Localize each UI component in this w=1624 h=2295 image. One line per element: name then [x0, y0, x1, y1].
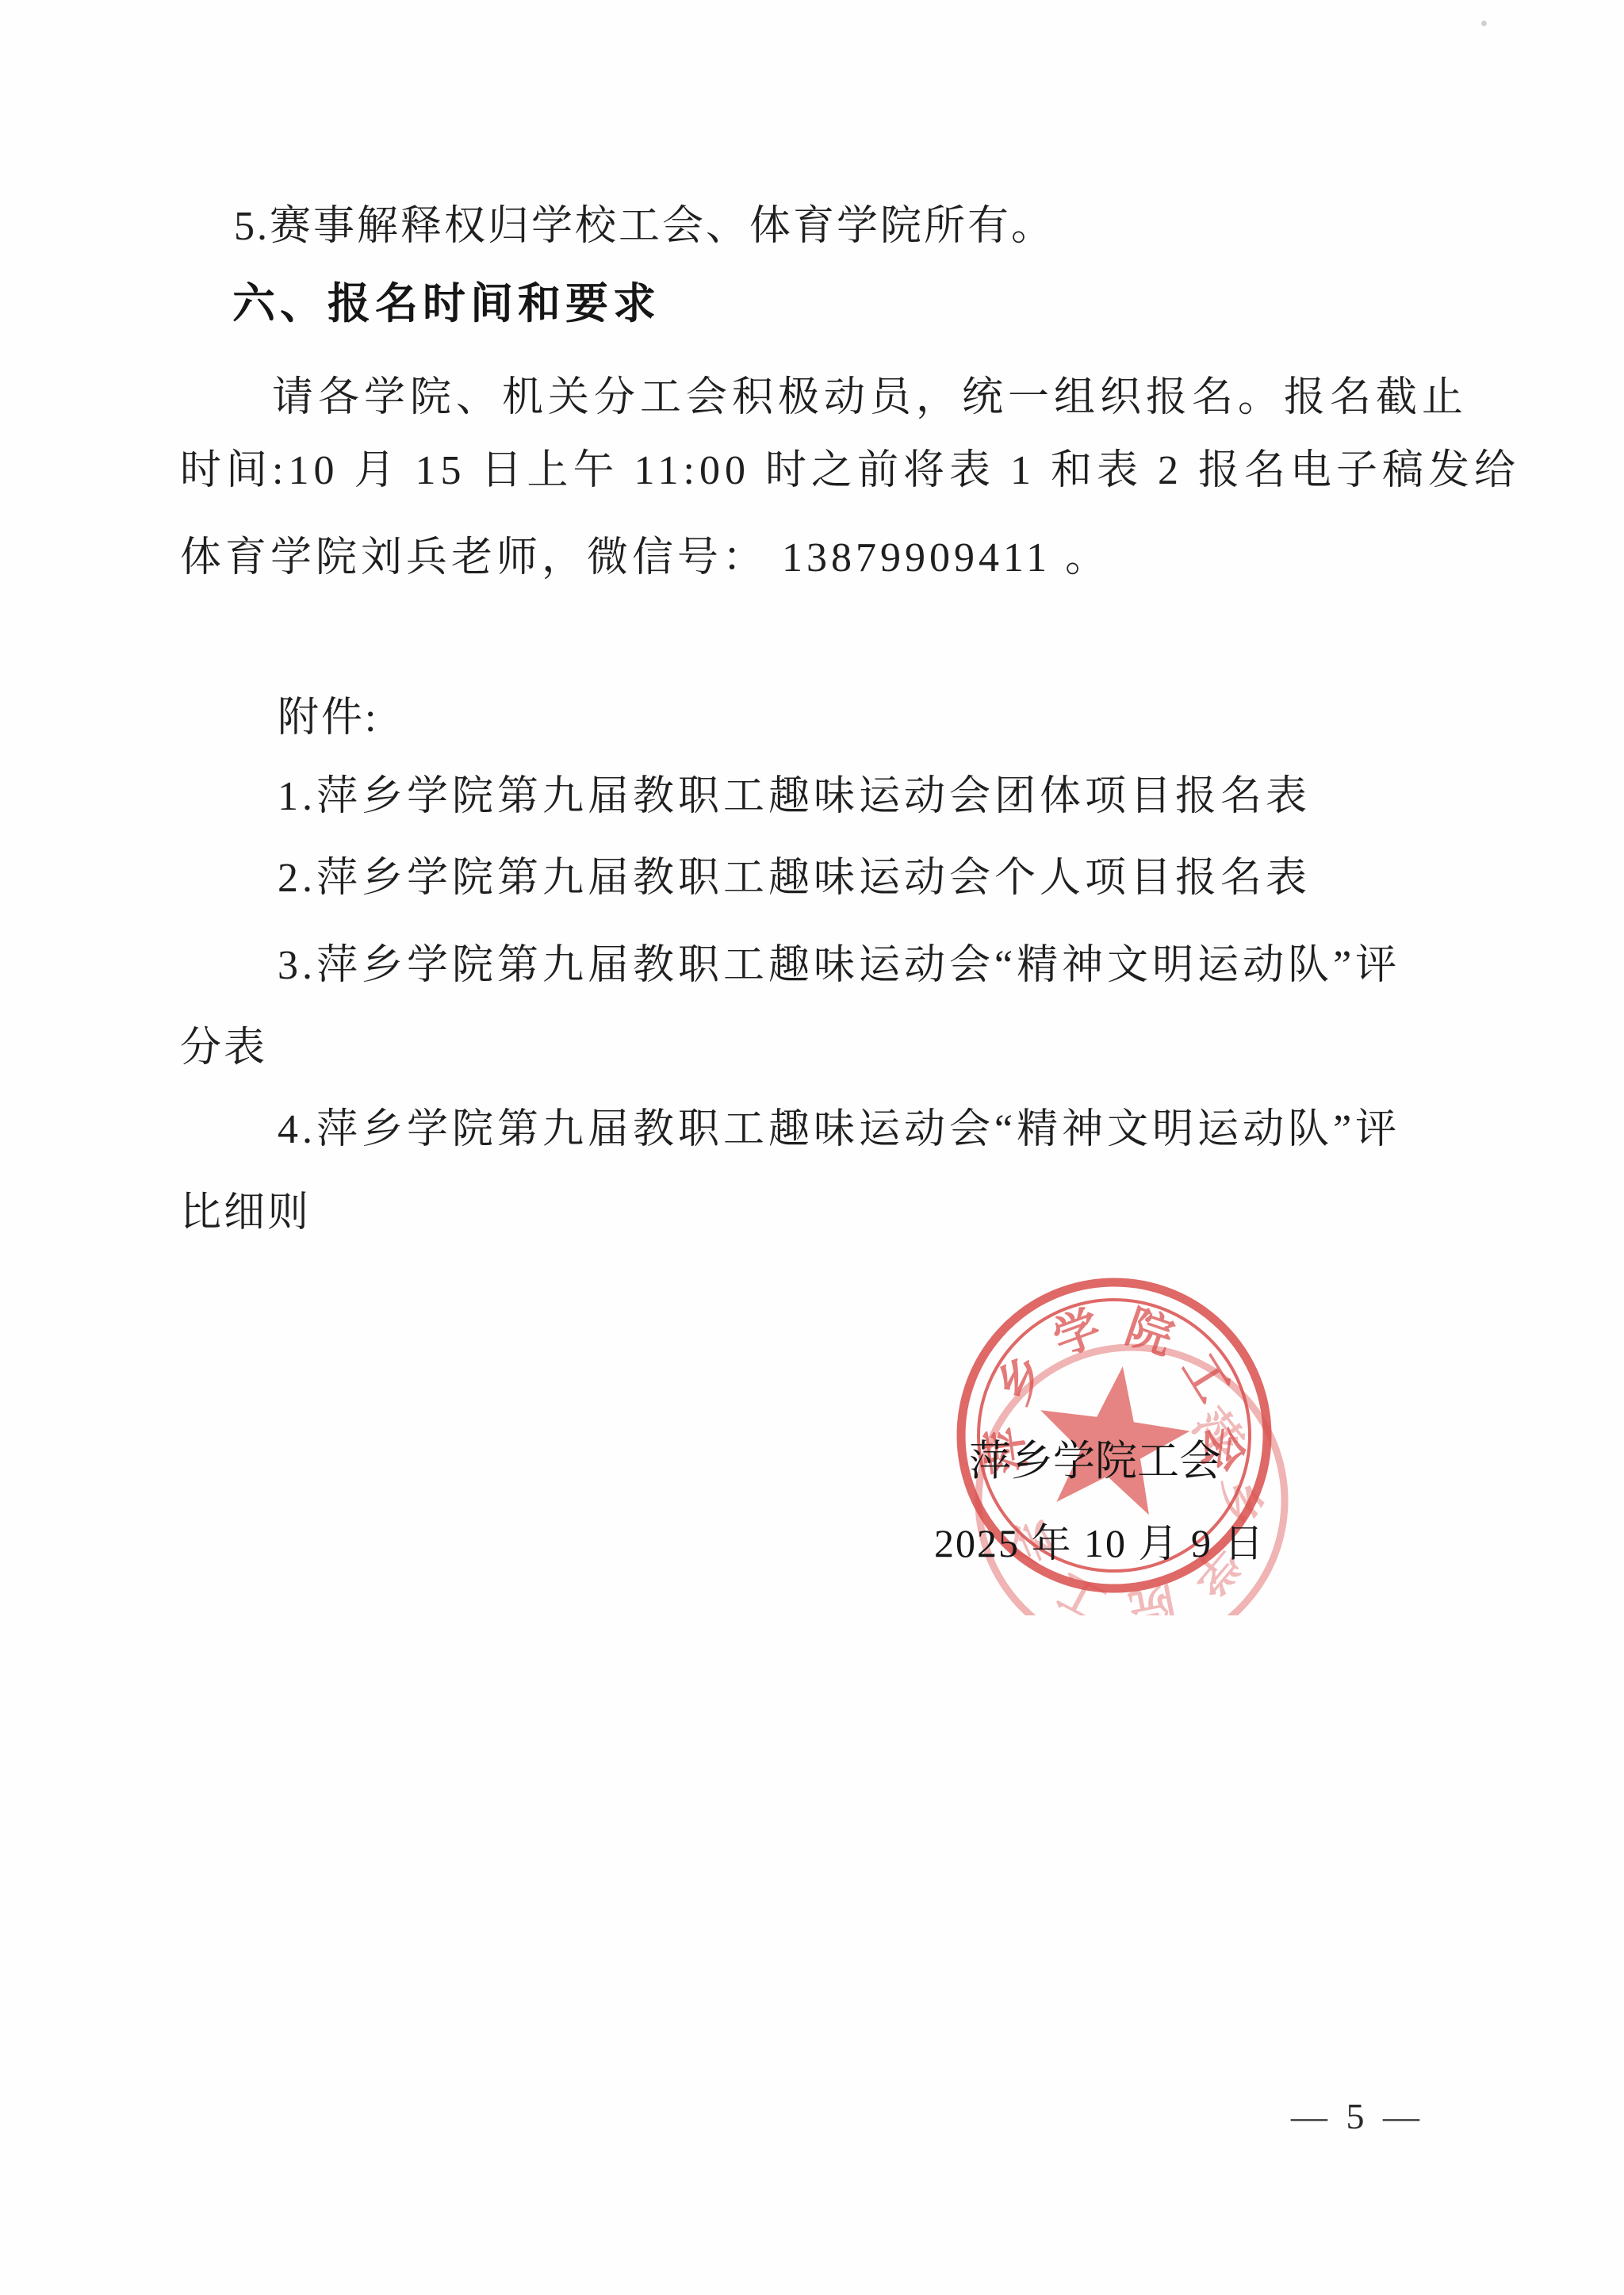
signature-organization: 萍乡学院工会 [969, 1427, 1221, 1488]
paragraph-line-3: 体育学院刘兵老师，微信号： 13879909411 。 [180, 534, 1110, 582]
attachment-item-4-wrap: 比细则 [180, 1190, 311, 1237]
attachment-item-1: 1.萍乡学院第九届教职工趣味运动会团体项目报名表 [278, 773, 1311, 821]
page-number: — 5 — [1291, 2095, 1424, 2137]
attachment-item-3: 3.萍乡学院第九届教职工趣味运动会“精神文明运动队”评 [278, 942, 1400, 990]
attachment-item-4: 4.萍乡学院第九届教职工趣味运动会“精神文明运动队”评 [278, 1106, 1400, 1154]
svg-text:乡: 乡 [987, 1347, 1055, 1412]
scan-speck [1481, 21, 1487, 26]
paragraph-line-2: 时间:10 月 15 日上午 11:00 时之前将表 1 和表 2 报名电子稿发… [180, 447, 1520, 495]
signature-date: 2025 年 10 月 9 日 [934, 1511, 1266, 1569]
svg-text:学: 学 [1047, 1301, 1108, 1366]
attachments-label: 附件: [278, 695, 378, 742]
document-page: 5.赛事解释权归学校工会、体育学院所有。 六、报名时间和要求 请各学院、机关分工… [0, 0, 1624, 2295]
body-line-5: 5.赛事解释权归学校工会、体育学院所有。 [234, 203, 1055, 251]
section-heading: 六、报名时间和要求 [232, 279, 661, 328]
paragraph-line-1: 请各学院、机关分工会积极动员，统一组织报名。报名截止 [272, 374, 1468, 422]
attachment-item-3-wrap: 分表 [180, 1025, 267, 1072]
attachment-item-2: 2.萍乡学院第九届教职工趣味运动会个人项目报名表 [278, 855, 1311, 902]
